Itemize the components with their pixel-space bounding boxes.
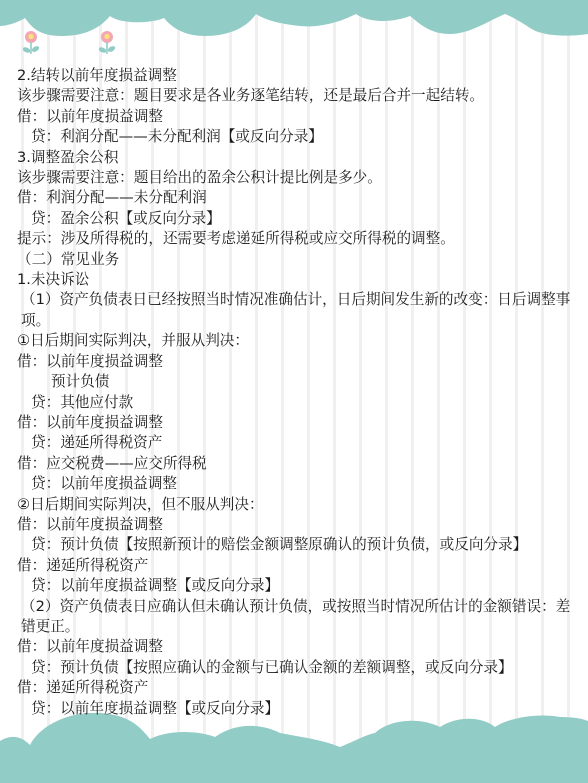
journal-debit-continued: 预计负债: [17, 372, 583, 392]
section-heading: （二）常见业务: [17, 250, 583, 270]
case-paragraph: （2）资产负债表日应确认但未确认预计负债，或按照当时情况所估计的金额错误：差错更…: [17, 597, 583, 638]
journal-credit: 贷：预计负债【按照应确认的金额与已确认金额的差额调整，或反向分录】: [17, 658, 583, 678]
top-wave-decoration: [0, 0, 588, 40]
topic-heading: 1.未决诉讼: [17, 270, 583, 290]
journal-debit: 借：递延所得税资产: [17, 556, 583, 576]
journal-credit: 贷：以前年度损益调整【或反向分录】: [17, 576, 583, 596]
flower-icon: [21, 30, 41, 58]
tip-note: 提示：涉及所得税的，还需要考虑递延所得税或应交所得税的调整。: [17, 229, 583, 249]
bottom-wave-shape: [0, 713, 588, 783]
journal-debit: 借：以前年度损益调整: [17, 352, 583, 372]
journal-debit: 借：利润分配——未分配利润: [17, 188, 583, 208]
journal-debit: 借：应交税费——应交所得税: [17, 454, 583, 474]
document-body: 2.结转以前年度损益调整 该步骤需要注意：题目要求是各业务逐笔结转，还是最后合并…: [17, 66, 583, 719]
flower-icon: [97, 30, 117, 58]
journal-credit: 贷：其他应付款: [17, 393, 583, 413]
step-note: 该步骤需要注意：题目给出的盈余公积计提比例是多少。: [17, 168, 583, 188]
bottom-wave-decoration: [0, 713, 588, 783]
journal-debit: 借：递延所得税资产: [17, 678, 583, 698]
journal-credit: 贷：利润分配——未分配利润【或反向分录】: [17, 127, 583, 147]
top-wave-shape: [0, 0, 588, 36]
case-paragraph: （1）资产负债表日已经按照当时情况准确估计，日后期间发生新的改变：日后调整事项。: [17, 290, 583, 331]
journal-credit: 贷：递延所得税资产: [17, 433, 583, 453]
scenario-heading: ①日后期间实际判决，并服从判决：: [17, 331, 583, 351]
step-heading: 2.结转以前年度损益调整: [17, 66, 583, 86]
journal-credit: 贷：预计负债【按照新预计的赔偿金额调整原确认的预计负债，或反向分录】: [17, 535, 583, 555]
step-heading: 3.调整盈余公积: [17, 148, 583, 168]
journal-debit: 借：以前年度损益调整: [17, 413, 583, 433]
journal-debit: 借：以前年度损益调整: [17, 107, 583, 127]
journal-credit: 贷：以前年度损益调整【或反向分录】: [17, 699, 583, 719]
scenario-heading: ②日后期间实际判决，但不服从判决：: [17, 495, 583, 515]
journal-credit: 贷：以前年度损益调整: [17, 474, 583, 494]
journal-debit: 借：以前年度损益调整: [17, 637, 583, 657]
journal-debit: 借：以前年度损益调整: [17, 515, 583, 535]
journal-credit: 贷：盈余公积【或反向分录】: [17, 209, 583, 229]
step-note: 该步骤需要注意：题目要求是各业务逐笔结转，还是最后合并一起结转。: [17, 86, 583, 106]
